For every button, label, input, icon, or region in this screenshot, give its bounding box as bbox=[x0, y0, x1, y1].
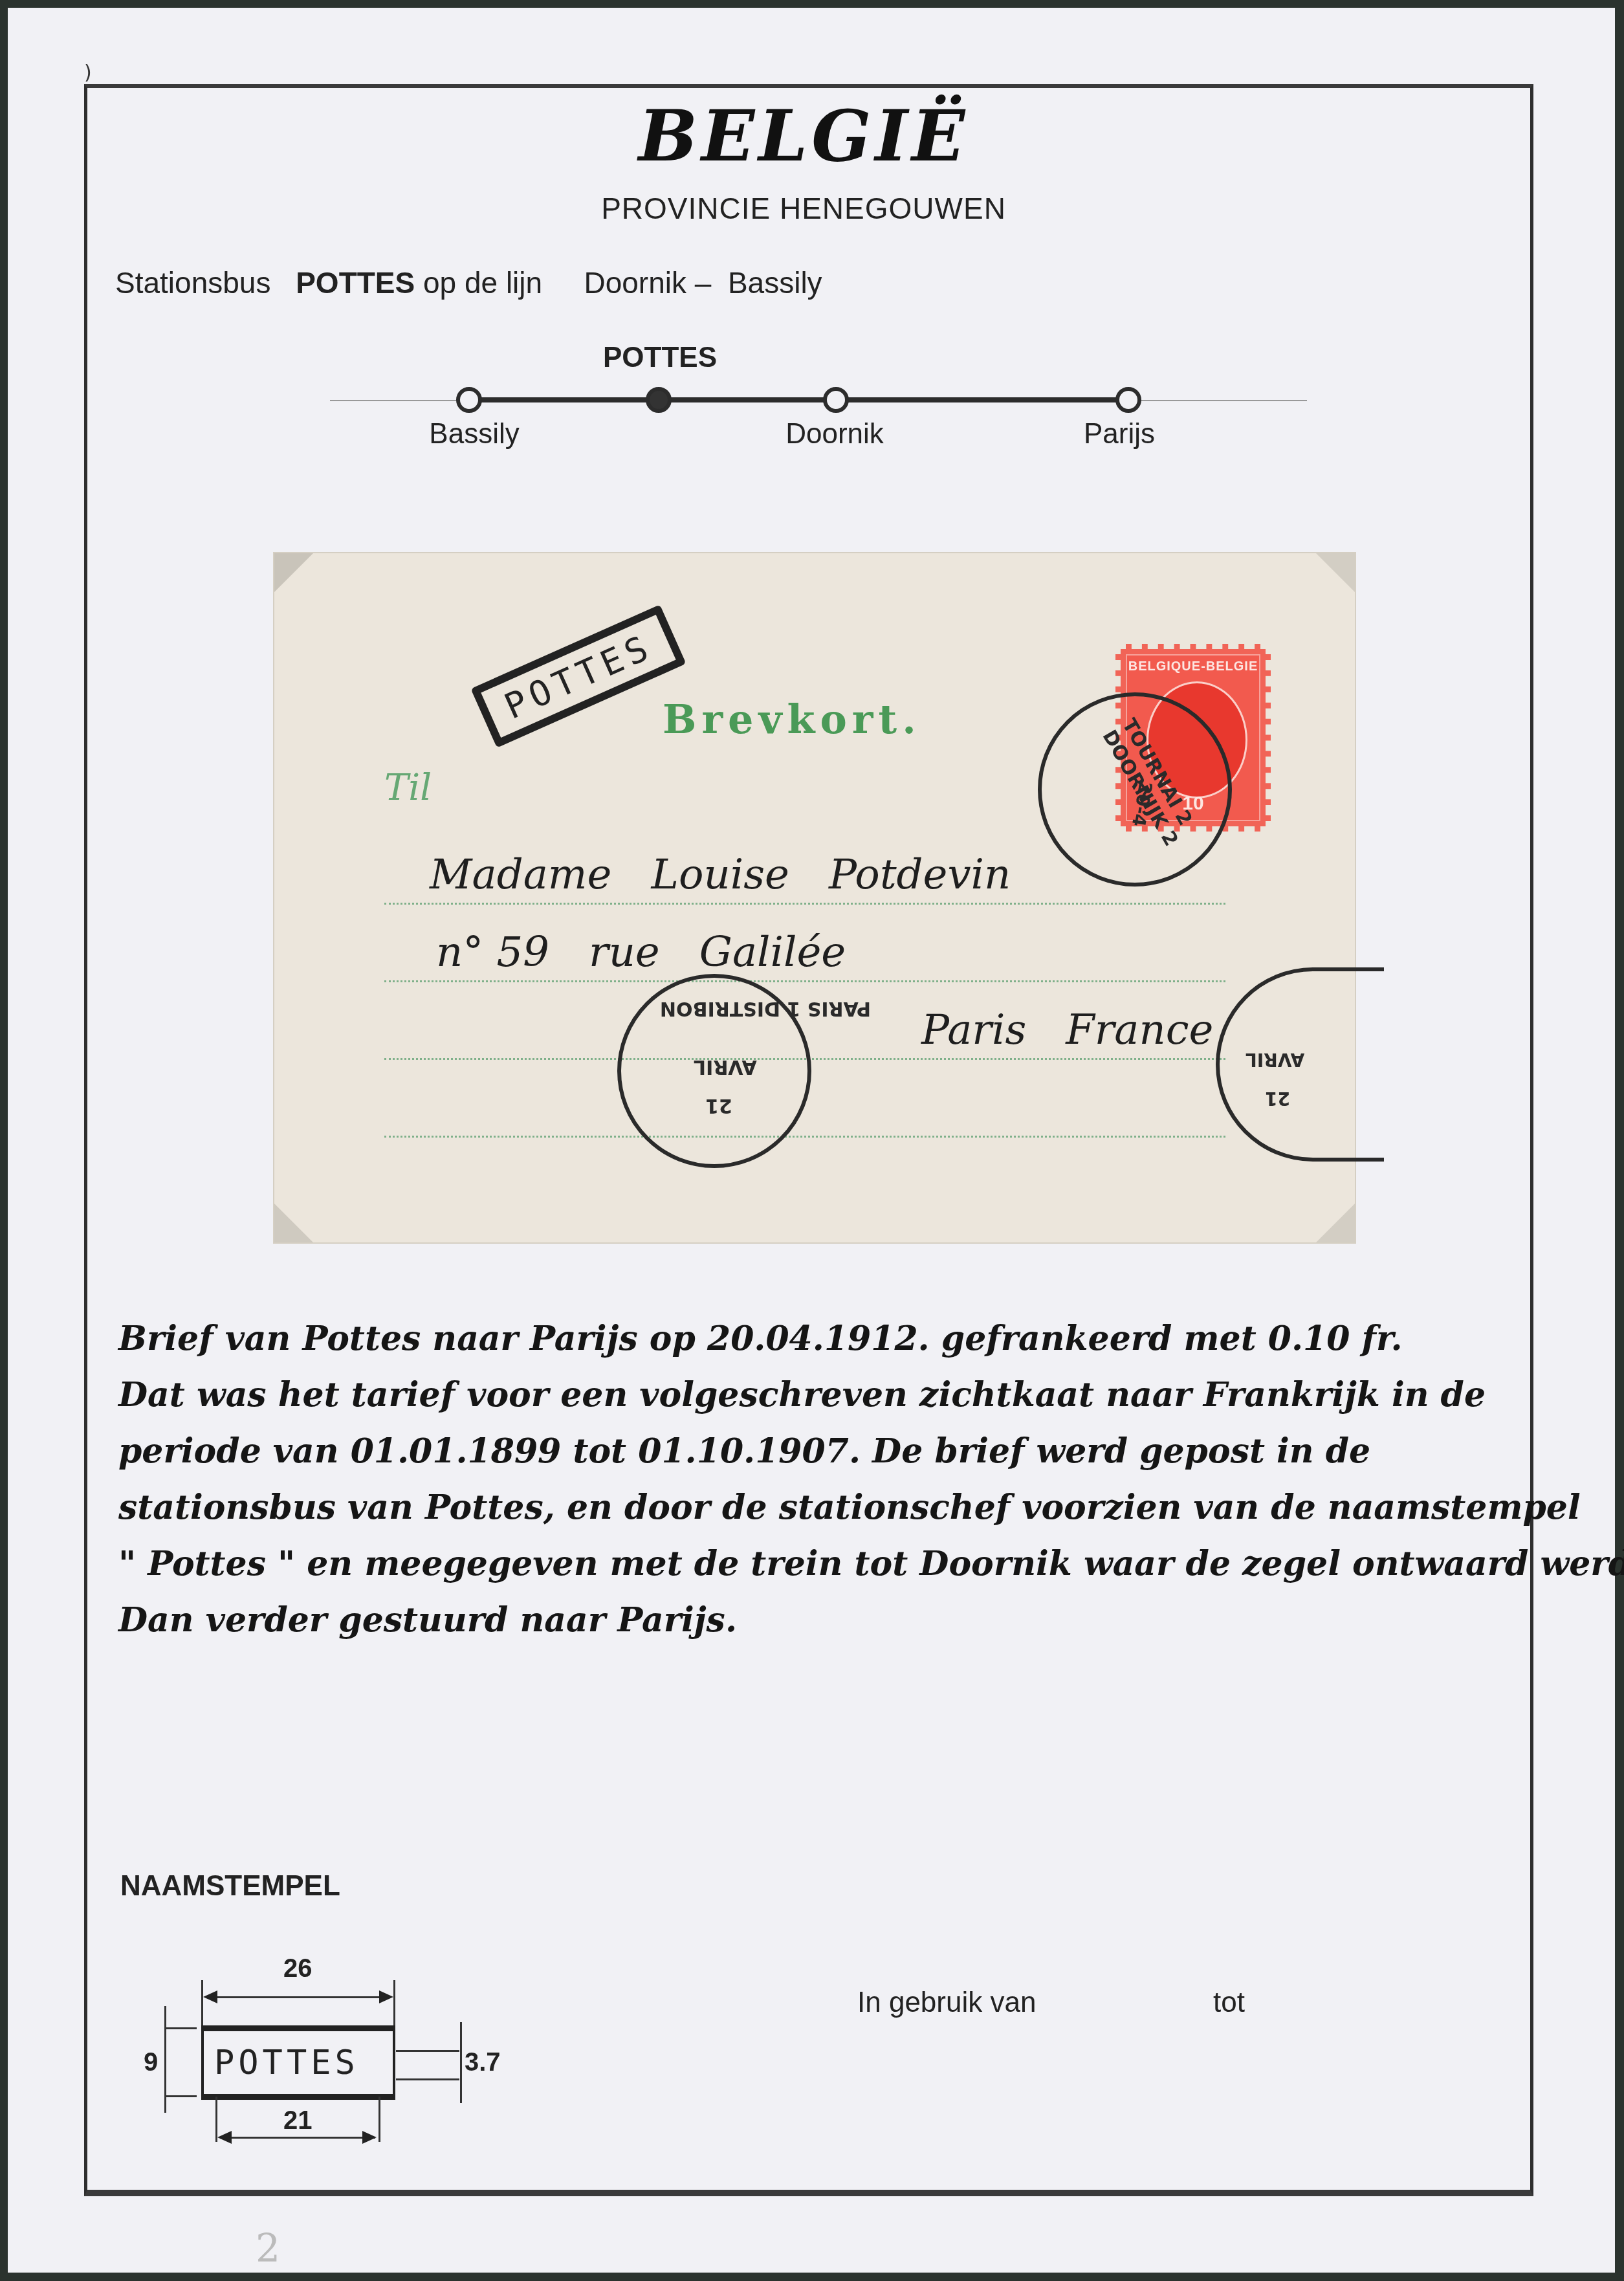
address-dotted-line bbox=[384, 1136, 1225, 1138]
dim-guide bbox=[164, 2027, 197, 2029]
photo-corner bbox=[274, 553, 313, 592]
arrow-left-icon bbox=[217, 2131, 232, 2144]
dim-guide bbox=[396, 2078, 459, 2080]
intro-line-name: Doornik – Bassily bbox=[584, 266, 822, 300]
description-text: Brief van Pottes naar Parijs op 20.04.19… bbox=[118, 1310, 1542, 1648]
dim-outer-width: 26 bbox=[283, 1954, 313, 1983]
pottes-name-cachet: POTTES bbox=[470, 604, 686, 748]
stamp-country: BELGIQUE-BELGIE bbox=[1127, 659, 1259, 674]
naamstempel-drawing: POTTES bbox=[201, 2025, 395, 2100]
photo-corner bbox=[274, 1204, 313, 1242]
station-marker-pottes bbox=[646, 387, 672, 413]
pencil-mark-top: ) bbox=[84, 61, 92, 84]
arrival-postmark-2-day: 21 bbox=[1265, 1088, 1290, 1109]
current-station-label: POTTES bbox=[563, 342, 757, 374]
dim-guide bbox=[201, 1980, 203, 2032]
pencil-mark-bottom: 2 bbox=[256, 2226, 280, 2271]
departure-postmark: TOURNAI 2 DOORNIJK 2 20-4 bbox=[1038, 692, 1232, 887]
address-line-2: n° 59 rue Galilée bbox=[436, 929, 846, 976]
station-marker-bassily bbox=[456, 387, 482, 413]
arrow-left-icon bbox=[203, 1990, 217, 2003]
photo-corner bbox=[1316, 1204, 1355, 1242]
usage-from-label: In gebruik van bbox=[857, 1987, 1036, 2019]
photo-corner bbox=[1316, 553, 1355, 592]
arrival-postmark-1: PARIS 1 DISTRIBON AVRIL 21 bbox=[617, 974, 811, 1168]
dim-inner-width: 21 bbox=[283, 2106, 313, 2135]
dim-guide bbox=[396, 2050, 459, 2052]
arrival-postmark-1-day: 21 bbox=[705, 1094, 732, 1117]
station-marker-doornik bbox=[823, 387, 849, 413]
postcard: POTTES Brevkort. Til BELGIQUE-BELGIE 10 … bbox=[274, 553, 1355, 1242]
to-label: Til bbox=[384, 767, 432, 809]
station-label-parijs: Parijs bbox=[1022, 418, 1216, 450]
description-line: Dan verder gestuurd naar Parijs. bbox=[118, 1592, 1542, 1648]
arrow-right-icon bbox=[379, 1990, 393, 2003]
arrow-right-icon bbox=[362, 2131, 377, 2144]
intro-prefix: Stationsbus bbox=[115, 266, 270, 300]
dim-height: 9 bbox=[144, 2048, 158, 2077]
postcard-heading: Brevkort. bbox=[663, 696, 921, 743]
station-label-doornik: Doornik bbox=[738, 418, 932, 450]
description-line: Dat was het tarief voor een volgeschreve… bbox=[118, 1367, 1542, 1423]
arrival-postmark-1-month: AVRIL bbox=[694, 1055, 757, 1078]
page-subtitle: PROVINCIE HENEGOUWEN bbox=[0, 191, 1607, 226]
description-line: periode van 01.01.1899 tot 01.10.1907. D… bbox=[118, 1423, 1542, 1479]
naamstempel-heading: NAAMSTEMPEL bbox=[120, 1870, 340, 1902]
description-line: stationsbus van Pottes, en door de stati… bbox=[118, 1479, 1542, 1536]
dim-guide bbox=[164, 2095, 197, 2097]
dim-text-height-line bbox=[460, 2022, 462, 2103]
route-line bbox=[466, 397, 1129, 402]
intro-line: Stationsbus POTTES op de lijn Doornik – … bbox=[115, 265, 839, 300]
description-line: Brief van Pottes naar Parijs op 20.04.19… bbox=[118, 1310, 1542, 1367]
dim-guide bbox=[379, 2097, 380, 2142]
description-line: " Pottes " en meegegeven met de trein to… bbox=[118, 1536, 1542, 1592]
dim-arrow-line bbox=[206, 1996, 390, 1998]
intro-station: POTTES bbox=[296, 266, 415, 300]
intro-middle: op de lijn bbox=[423, 266, 542, 300]
station-label-bassily: Bassily bbox=[377, 418, 571, 450]
address-line-3: Paris France bbox=[921, 1006, 1213, 1054]
arrival-postmark-2: AVRIL 21 bbox=[1216, 967, 1384, 1162]
arrival-postmark-1-text: PARIS 1 DISTRIBON bbox=[660, 997, 871, 1020]
address-dotted-line bbox=[384, 980, 1225, 982]
arrival-postmark-2-month: AVRIL bbox=[1245, 1049, 1304, 1070]
usage-to-label: tot bbox=[1213, 1987, 1245, 2019]
address-line-1: Madame Louise Potdevin bbox=[430, 851, 1011, 899]
address-dotted-line bbox=[384, 903, 1225, 905]
page-title: BELGIË bbox=[0, 96, 1607, 177]
dim-arrow-line bbox=[220, 2137, 375, 2139]
dim-text-height: 3.7 bbox=[465, 2048, 501, 2077]
dim-guide bbox=[393, 1980, 395, 2032]
station-marker-parijs bbox=[1115, 387, 1141, 413]
